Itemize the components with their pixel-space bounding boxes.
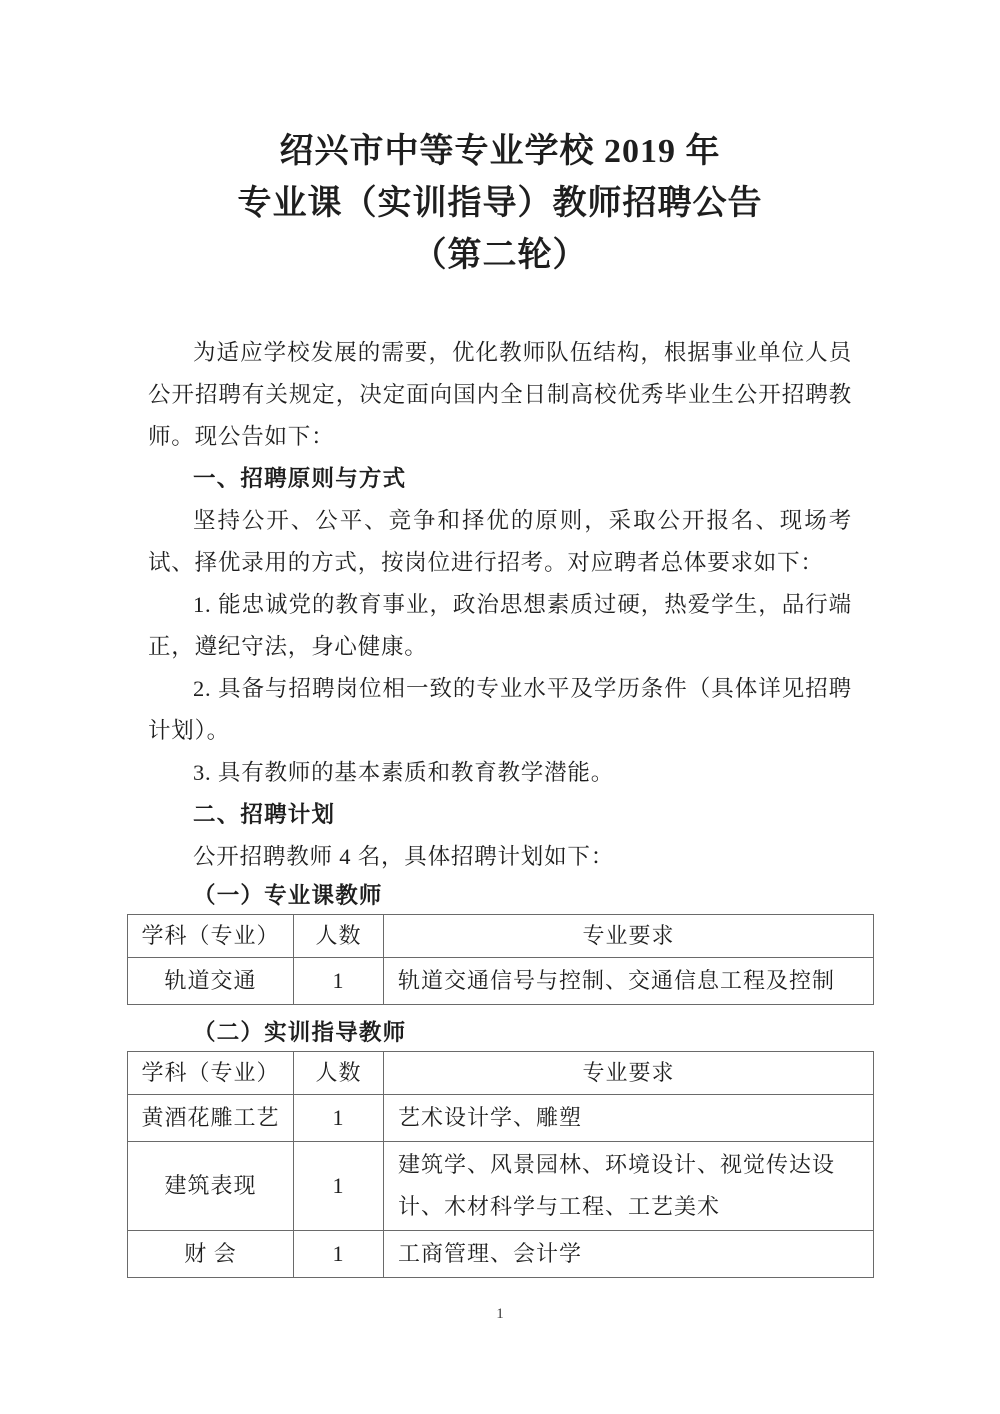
cell-subject: 黄酒花雕工艺 [128,1095,294,1142]
page-number: 1 [0,1306,1000,1323]
training-instructor-table: 学科（专业） 人数 专业要求 黄酒花雕工艺 1 艺术设计学、雕塑 建筑表现 1 … [127,1051,874,1278]
cell-count: 1 [294,1231,384,1278]
table-row: 黄酒花雕工艺 1 艺术设计学、雕塑 [128,1095,874,1142]
title-line-3: （第二轮） [0,230,1000,282]
cell-subject: 财 会 [128,1231,294,1278]
cell-requirement: 工商管理、会计学 [384,1231,874,1278]
header-count: 人数 [294,1052,384,1095]
header-count: 人数 [294,915,384,958]
header-subject: 学科（专业） [128,1052,294,1095]
principles-paragraph: 坚持公开、公平、竞争和择优的原则，采取公开报名、现场考试、择优录用的方式，按岗位… [148,500,852,584]
cell-subject: 轨道交通 [128,958,294,1005]
document-body: 为适应学校发展的需要，优化教师队伍结构，根据事业单位人员公开招聘有关规定，决定面… [148,332,852,1278]
table-row: 轨道交通 1 轨道交通信号与控制、交通信息工程及控制 [128,958,874,1005]
title-line-1: 绍兴市中等专业学校 2019 年 [0,126,1000,178]
table-row: 财 会 1 工商管理、会计学 [128,1231,874,1278]
table-header-row: 学科（专业） 人数 专业要求 [128,915,874,958]
table-row: 建筑表现 1 建筑学、风景园林、环境设计、视觉传达设计、木材科学与工程、工艺美术 [128,1142,874,1231]
table-header-row: 学科（专业） 人数 专业要求 [128,1052,874,1095]
requirement-2-paragraph: 2. 具备与招聘岗位相一致的专业水平及学历条件（具体详见招聘计划）。 [148,668,852,752]
training-instructor-subheading: （二）实训指导教师 [148,1015,852,1051]
requirement-1-paragraph: 1. 能忠诚党的教育事业，政治思想素质过硬，热爱学生，品行端正，遵纪守法，身心健… [148,584,852,668]
cell-count: 1 [294,1142,384,1231]
title-line-2: 专业课（实训指导）教师招聘公告 [0,178,1000,230]
section-1-heading: 一、招聘原则与方式 [148,458,852,500]
header-subject: 学科（专业） [128,915,294,958]
header-requirement: 专业要求 [384,915,874,958]
cell-requirement: 建筑学、风景园林、环境设计、视觉传达设计、木材科学与工程、工艺美术 [384,1142,874,1231]
cell-count: 1 [294,1095,384,1142]
document-title: 绍兴市中等专业学校 2019 年 专业课（实训指导）教师招聘公告 （第二轮） [0,0,1000,282]
requirement-3-paragraph: 3. 具有教师的基本素质和教育教学潜能。 [148,752,852,794]
cell-count: 1 [294,958,384,1005]
cell-requirement: 艺术设计学、雕塑 [384,1095,874,1142]
cell-subject: 建筑表现 [128,1142,294,1231]
cell-requirement: 轨道交通信号与控制、交通信息工程及控制 [384,958,874,1005]
section-2-heading: 二、招聘计划 [148,794,852,836]
document-page: 绍兴市中等专业学校 2019 年 专业课（实训指导）教师招聘公告 （第二轮） 为… [0,0,1000,1414]
professional-course-table: 学科（专业） 人数 专业要求 轨道交通 1 轨道交通信号与控制、交通信息工程及控… [127,914,874,1005]
plan-intro-paragraph: 公开招聘教师 4 名，具体招聘计划如下： [148,836,852,878]
header-requirement: 专业要求 [384,1052,874,1095]
intro-paragraph: 为适应学校发展的需要，优化教师队伍结构，根据事业单位人员公开招聘有关规定，决定面… [148,332,852,458]
professional-course-subheading: （一）专业课教师 [148,878,852,914]
